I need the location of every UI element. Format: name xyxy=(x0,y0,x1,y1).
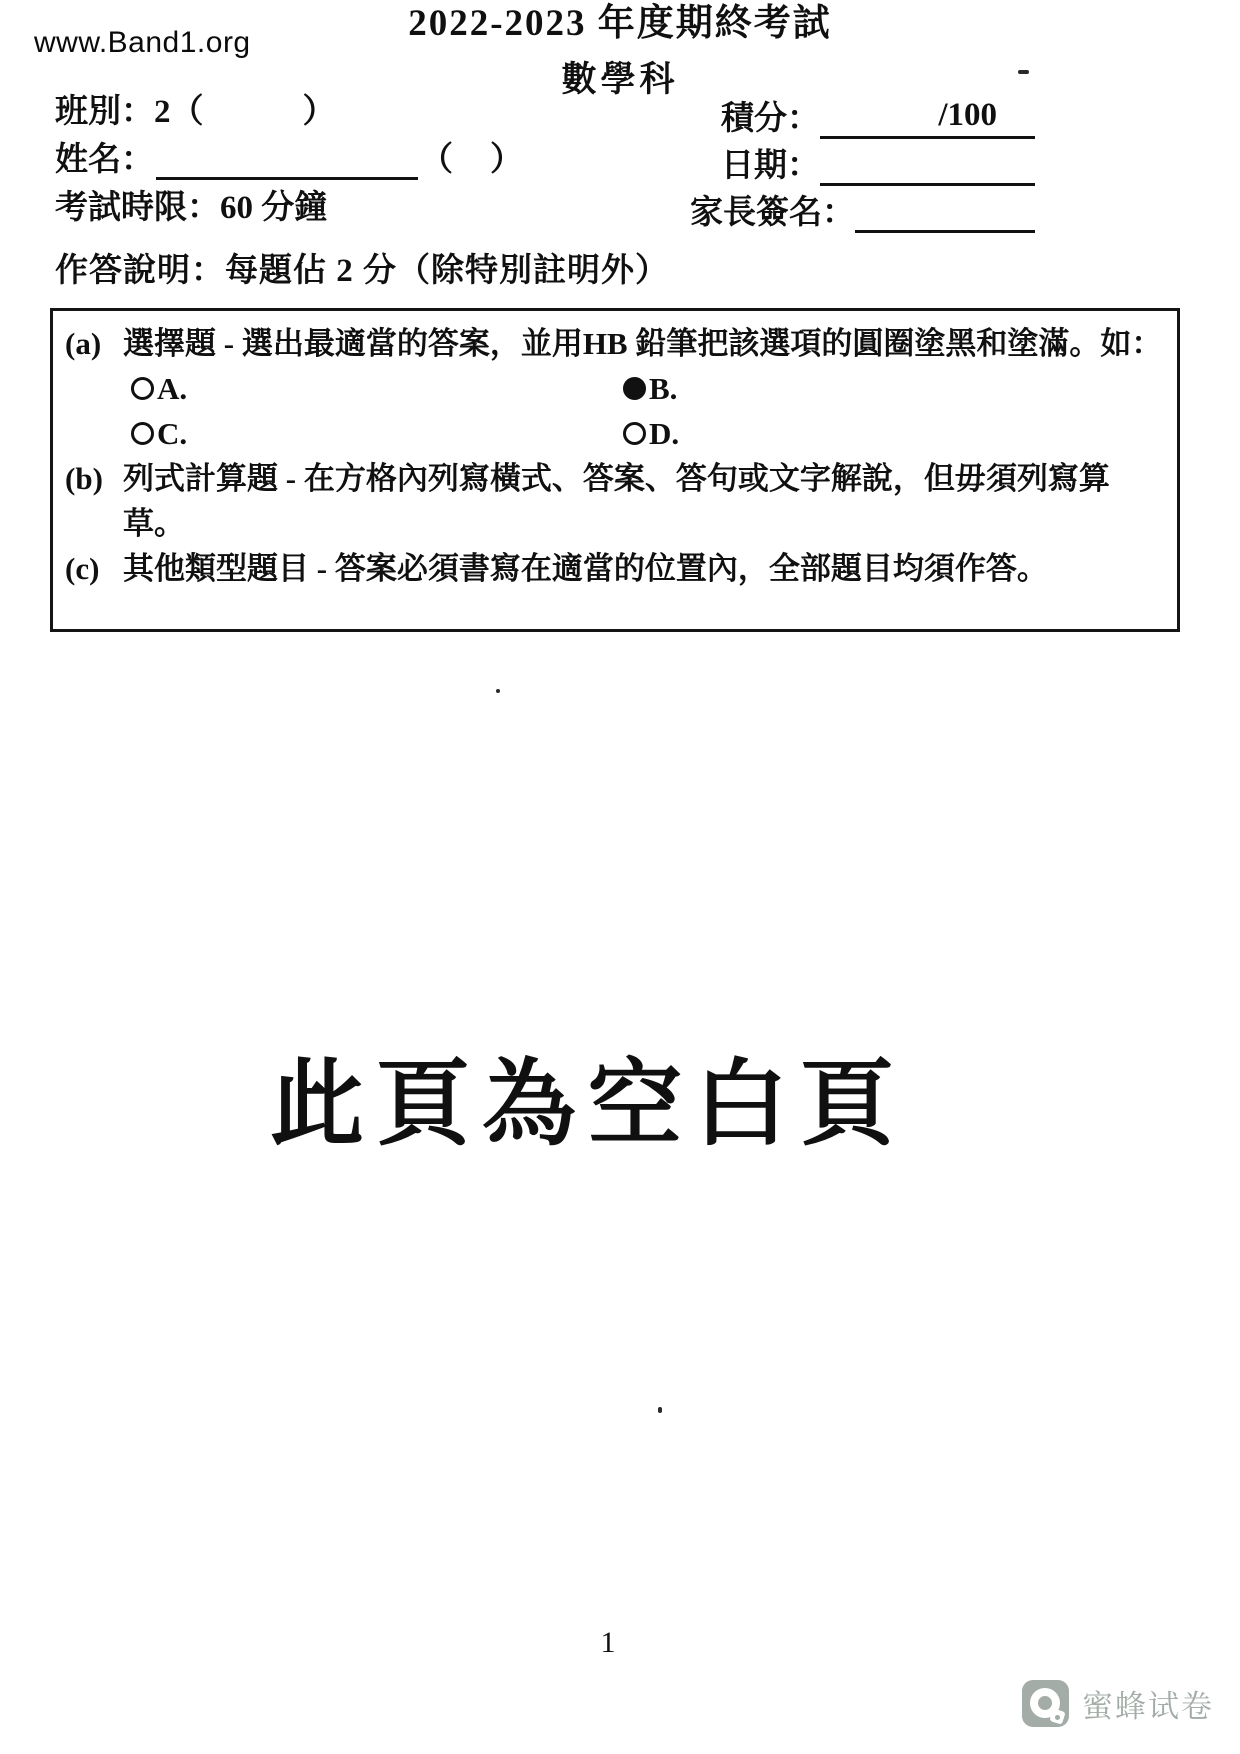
name-label: 姓名： xyxy=(55,133,154,180)
exam-title: 2022-2023 年度期終考試 xyxy=(0,0,1240,46)
mc-example-options: A. B. C. D. xyxy=(131,366,1163,456)
mc-option-b-label: B. xyxy=(649,366,677,411)
class-label: 班別：2（ ） xyxy=(55,85,336,132)
instruction-item-a: (a) 選擇題 - 選出最適當的答案，並用HB 鉛筆把該選項的圓圈塗黑和塗滿。如… xyxy=(65,321,1163,366)
parent-signature-blank-line xyxy=(855,190,1035,233)
class-row: 班別：2（ ） xyxy=(55,84,525,132)
instruction-item-b-id: (b) xyxy=(65,456,123,501)
option-circle-empty-icon xyxy=(131,422,154,445)
score-blank-line: /100 xyxy=(820,96,1035,139)
instruction-item-b: (b) 列式計算題 - 在方格內列寫橫式、答案、答句或文字解說，但毋須列寫算草。 xyxy=(65,456,1163,546)
beefile-logo-text: 蜜蜂试卷 xyxy=(1082,1681,1214,1726)
name-paren: （ ） xyxy=(420,133,525,180)
parent-signature-row: 家長簽名： xyxy=(690,186,1035,233)
option-circle-empty-icon xyxy=(131,377,154,400)
date-blank-line xyxy=(820,143,1035,186)
answer-instructions-title: 作答說明：每題佔 2 分（除特別註明外） xyxy=(55,244,669,291)
mc-option-a-label: A. xyxy=(157,366,187,411)
instruction-item-c-id: (c) xyxy=(65,546,123,591)
score-row: 積分： /100 xyxy=(690,92,1035,139)
scanned-exam-cover-page: { "watermark": "www.Band1.org", "header"… xyxy=(0,0,1240,1754)
beefile-logo: 蜜蜂试卷 xyxy=(1022,1680,1214,1727)
score-label: 積分： xyxy=(721,92,820,139)
blank-page-notice: 此頁為空白頁 xyxy=(0,1028,1208,1163)
option-circle-filled-icon xyxy=(623,377,646,400)
mc-option-c-label: C. xyxy=(157,411,187,456)
name-row: 姓名： （ ） xyxy=(55,132,525,180)
page-number: 1 xyxy=(0,1626,1228,1660)
date-label: 日期： xyxy=(721,139,820,186)
option-circle-empty-icon xyxy=(623,422,646,445)
score-denominator: /100 xyxy=(938,97,997,134)
student-info-left: 班別：2（ ） 姓名： （ ） 考試時限：60 分鐘 xyxy=(55,84,525,228)
bee-q-tail-dot xyxy=(1055,1715,1060,1720)
student-info-right: 積分： /100 日期： 家長簽名： xyxy=(690,92,1035,233)
mc-option-d: D. xyxy=(623,411,1163,456)
instruction-item-a-text: 選擇題 - 選出最適當的答案，並用HB 鉛筆把該選項的圓圈塗黑和塗滿。如： xyxy=(123,321,1163,366)
scan-speck xyxy=(1018,70,1029,74)
time-limit-label: 考試時限：60 分鐘 xyxy=(55,181,327,228)
mc-option-d-label: D. xyxy=(649,411,679,456)
instruction-item-c-text: 其他類型題目 - 答案必須書寫在適當的位置內，全部題目均須作答。 xyxy=(123,546,1163,591)
parent-signature-label: 家長簽名： xyxy=(690,186,855,233)
mc-option-a: A. xyxy=(131,366,623,411)
mc-option-c: C. xyxy=(131,411,623,456)
date-row: 日期： xyxy=(690,139,1035,186)
instruction-item-b-text: 列式計算題 - 在方格內列寫橫式、答案、答句或文字解說，但毋須列寫算草。 xyxy=(123,456,1163,546)
instruction-item-a-id: (a) xyxy=(65,321,123,366)
mc-option-b: B. xyxy=(623,366,1163,411)
bee-q-icon xyxy=(1022,1680,1069,1727)
scan-speck xyxy=(658,1407,662,1413)
name-blank-line xyxy=(156,139,418,180)
scan-speck xyxy=(496,689,500,693)
time-limit-row: 考試時限：60 分鐘 xyxy=(55,180,525,228)
instruction-box: (a) 選擇題 - 選出最適當的答案，並用HB 鉛筆把該選項的圓圈塗黑和塗滿。如… xyxy=(50,308,1180,632)
instruction-item-c: (c) 其他類型題目 - 答案必須書寫在適當的位置內，全部題目均須作答。 xyxy=(65,546,1163,591)
